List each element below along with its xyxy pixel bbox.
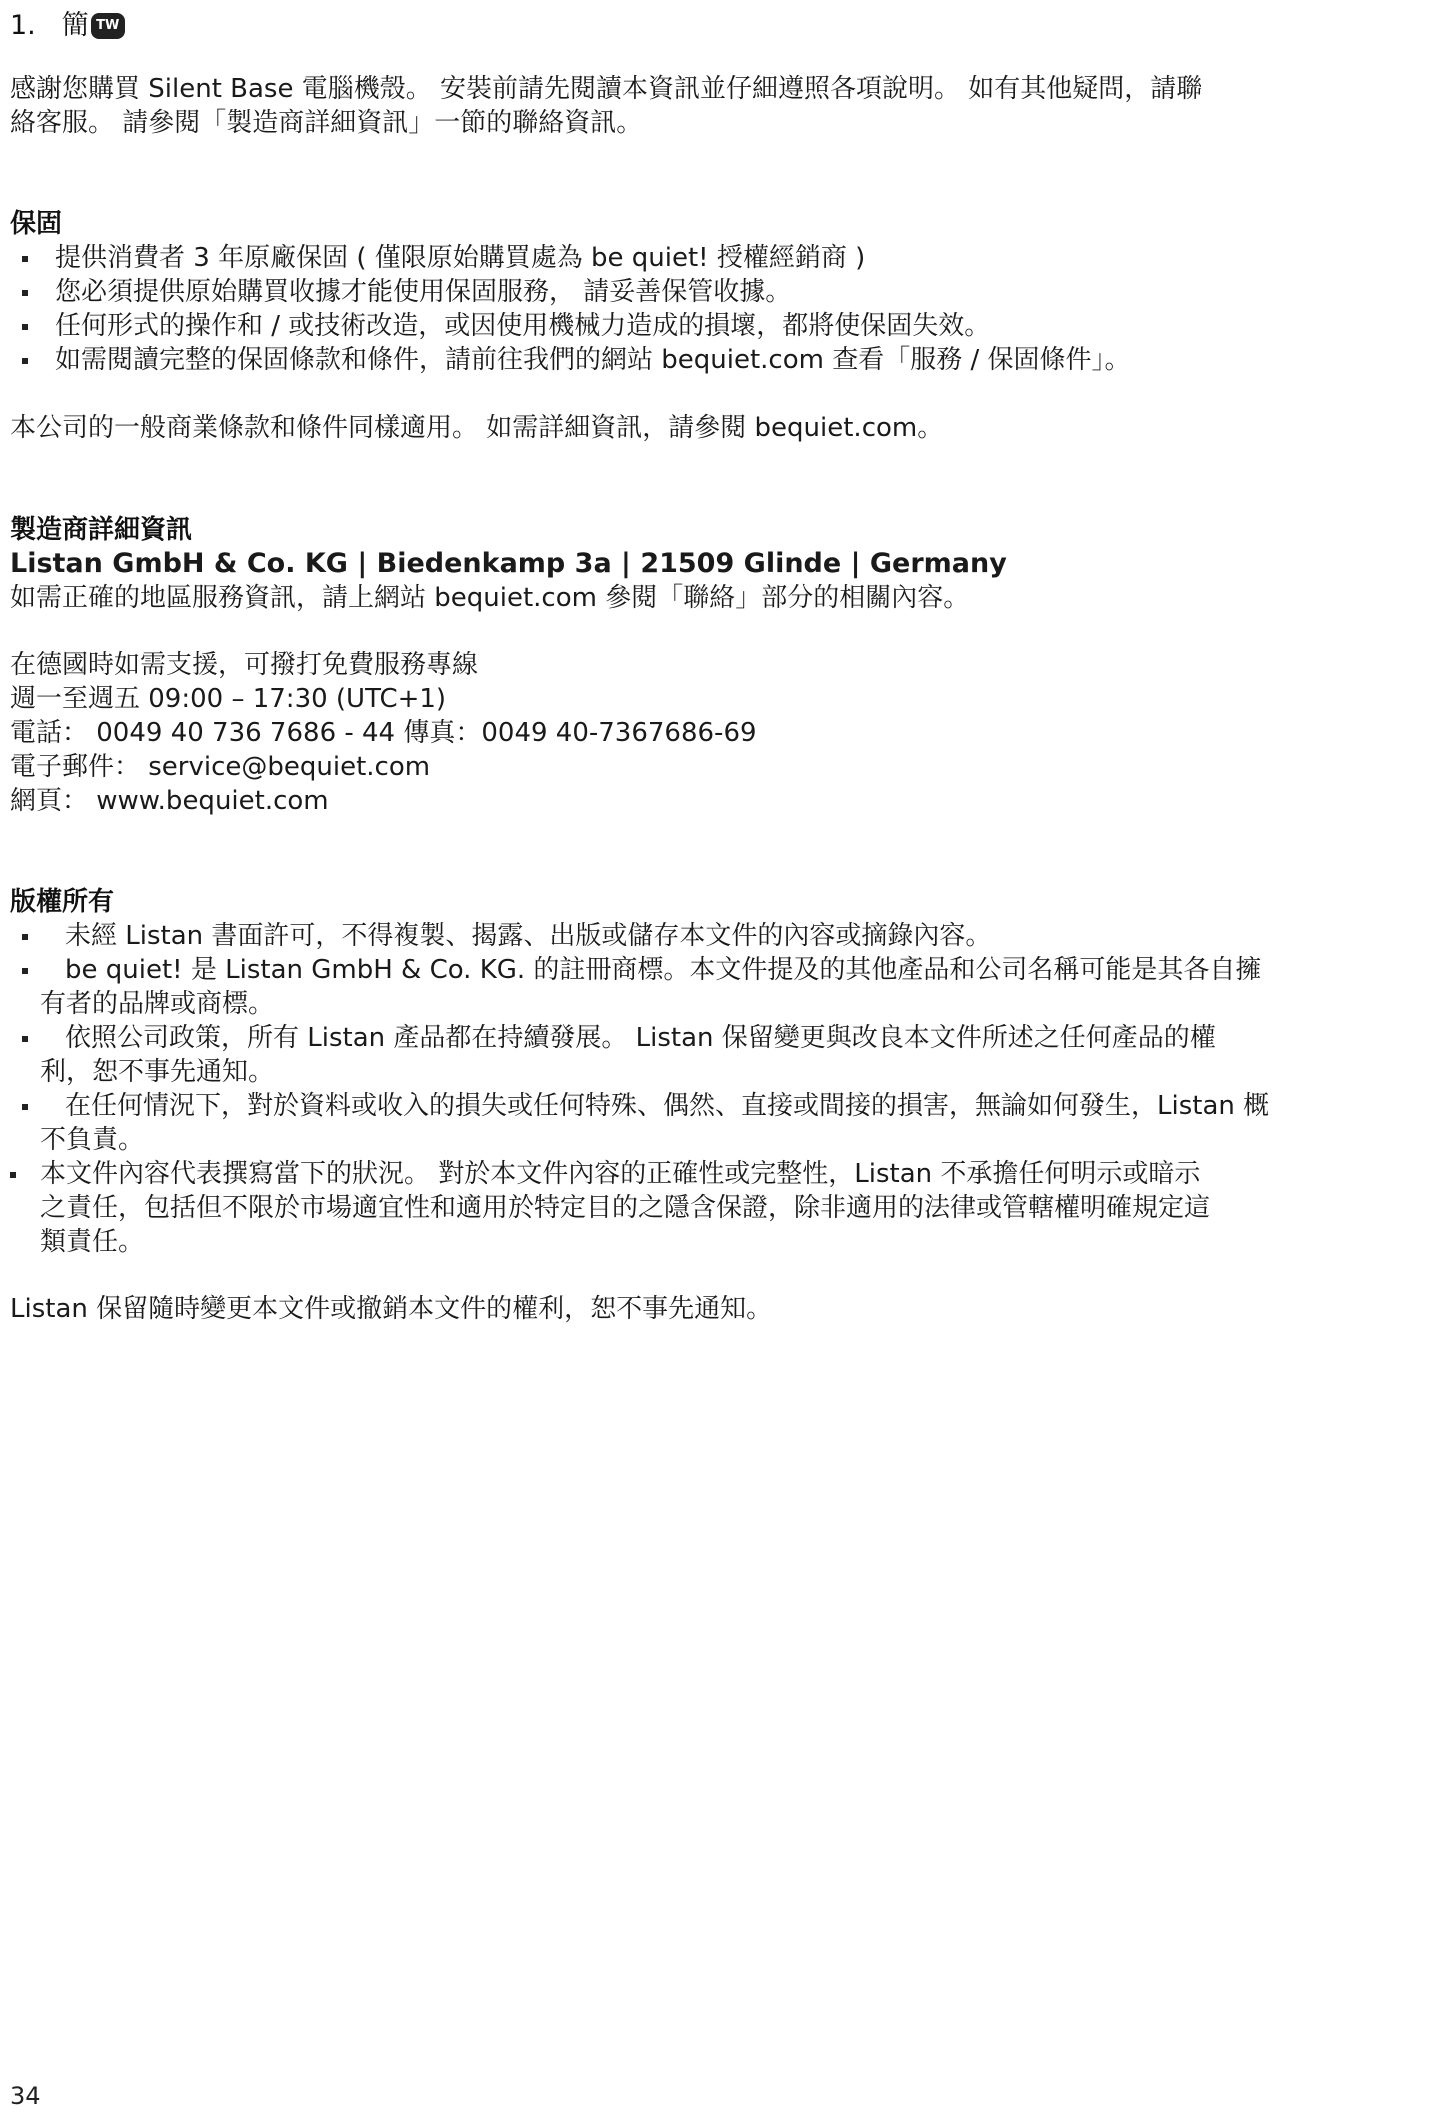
list-item: 如需閱讀完整的保固條款和條件，請前往我們的網站 bequiet.com 查看「服… — [10, 343, 1430, 377]
section-number: 1. — [10, 8, 36, 44]
manufacturer-address: Listan GmbH & Co. KG | Biedenkamp 3a | 2… — [10, 547, 1430, 581]
warranty-list: 提供消費者 3 年原廠保固 ( 僅限原始購買處為 be quiet! 授權經銷商… — [10, 241, 1430, 377]
warranty-title: 保固 — [10, 207, 1430, 241]
copyright-section: 版權所有 未經 Listan 書面許可，不得複製、揭露、出版或儲存本文件的內容或… — [10, 885, 1430, 1259]
section-title: 簡 — [62, 8, 89, 44]
list-item: 依照公司政策，所有 Listan 產品都在持續發展。 Listan 保留變更與改… — [10, 1021, 1430, 1089]
document-page: 1. 簡 TW 感謝您購買 Silent Base 電腦機殼。 安裝前請先閱讀本… — [0, 0, 1437, 2123]
list-item: 在任何情況下，對於資料或收入的損失或任何特殊、偶然、直接或間接的損害，無論如何發… — [10, 1089, 1430, 1157]
terms-note: 本公司的一般商業條款和條件同樣適用。 如需詳細資訊，請參閱 bequiet.co… — [10, 411, 1430, 445]
business-hours: 週一至週五 09:00 – 17:30 (UTC+1) — [10, 682, 1430, 716]
hotline-title: 在德國時如需支援，可撥打免費服務專線 — [10, 648, 1430, 682]
list-item: 任何形式的操作和 / 或技術改造，或因使用機械力造成的損壞，都將使保固失效。 — [10, 309, 1430, 343]
website-line: 網頁： www.bequiet.com — [10, 784, 1430, 818]
list-item: 提供消費者 3 年原廠保固 ( 僅限原始購買處為 be quiet! 授權經銷商… — [10, 241, 1430, 275]
list-item: be quiet! 是 Listan GmbH & Co. KG. 的註冊商標。… — [10, 953, 1430, 1021]
copyright-title: 版權所有 — [10, 885, 1430, 919]
manufacturer-section: 製造商詳細資訊 Listan GmbH & Co. KG | Biedenkam… — [10, 513, 1430, 615]
list-item: 本文件內容代表撰寫當下的狀況。 對於本文件內容的正確性或完整性，Listan 不… — [10, 1157, 1430, 1259]
closing-statement: Listan 保留隨時變更本文件或撤銷本文件的權利，恕不事先通知。 — [10, 1292, 1430, 1326]
email-line: 電子郵件： service@bequiet.com — [10, 750, 1430, 784]
language-badge-icon: TW — [91, 13, 125, 39]
warranty-section: 保固 提供消費者 3 年原廠保固 ( 僅限原始購買處為 be quiet! 授權… — [10, 207, 1430, 377]
contact-block: 在德國時如需支援，可撥打免費服務專線 週一至週五 09:00 – 17:30 (… — [10, 648, 1430, 818]
page-number: 34 — [10, 2082, 41, 2110]
intro-line: 感謝您購買 Silent Base 電腦機殼。 安裝前請先閱讀本資訊並仔細遵照各… — [10, 72, 1430, 106]
intro-paragraph: 感謝您購買 Silent Base 電腦機殼。 安裝前請先閱讀本資訊並仔細遵照各… — [10, 72, 1430, 140]
manufacturer-title: 製造商詳細資訊 — [10, 513, 1430, 547]
list-item: 您必須提供原始購買收據才能使用保固服務， 請妥善保管收據。 — [10, 275, 1430, 309]
list-item: 未經 Listan 書面許可，不得複製、揭露、出版或儲存本文件的內容或摘錄內容。 — [10, 919, 1430, 953]
copyright-list: 未經 Listan 書面許可，不得複製、揭露、出版或儲存本文件的內容或摘錄內容。… — [10, 919, 1430, 1259]
phone-fax: 電話： 0049 40 736 7686 - 44 傳真：0049 40-736… — [10, 716, 1430, 750]
section-heading: 1. 簡 TW — [10, 8, 125, 44]
regional-service-note: 如需正確的地區服務資訊，請上網站 bequiet.com 參閱「聯絡」部分的相關… — [10, 581, 1430, 615]
intro-line: 絡客服。 請參閱「製造商詳細資訊」一節的聯絡資訊。 — [10, 106, 1430, 140]
